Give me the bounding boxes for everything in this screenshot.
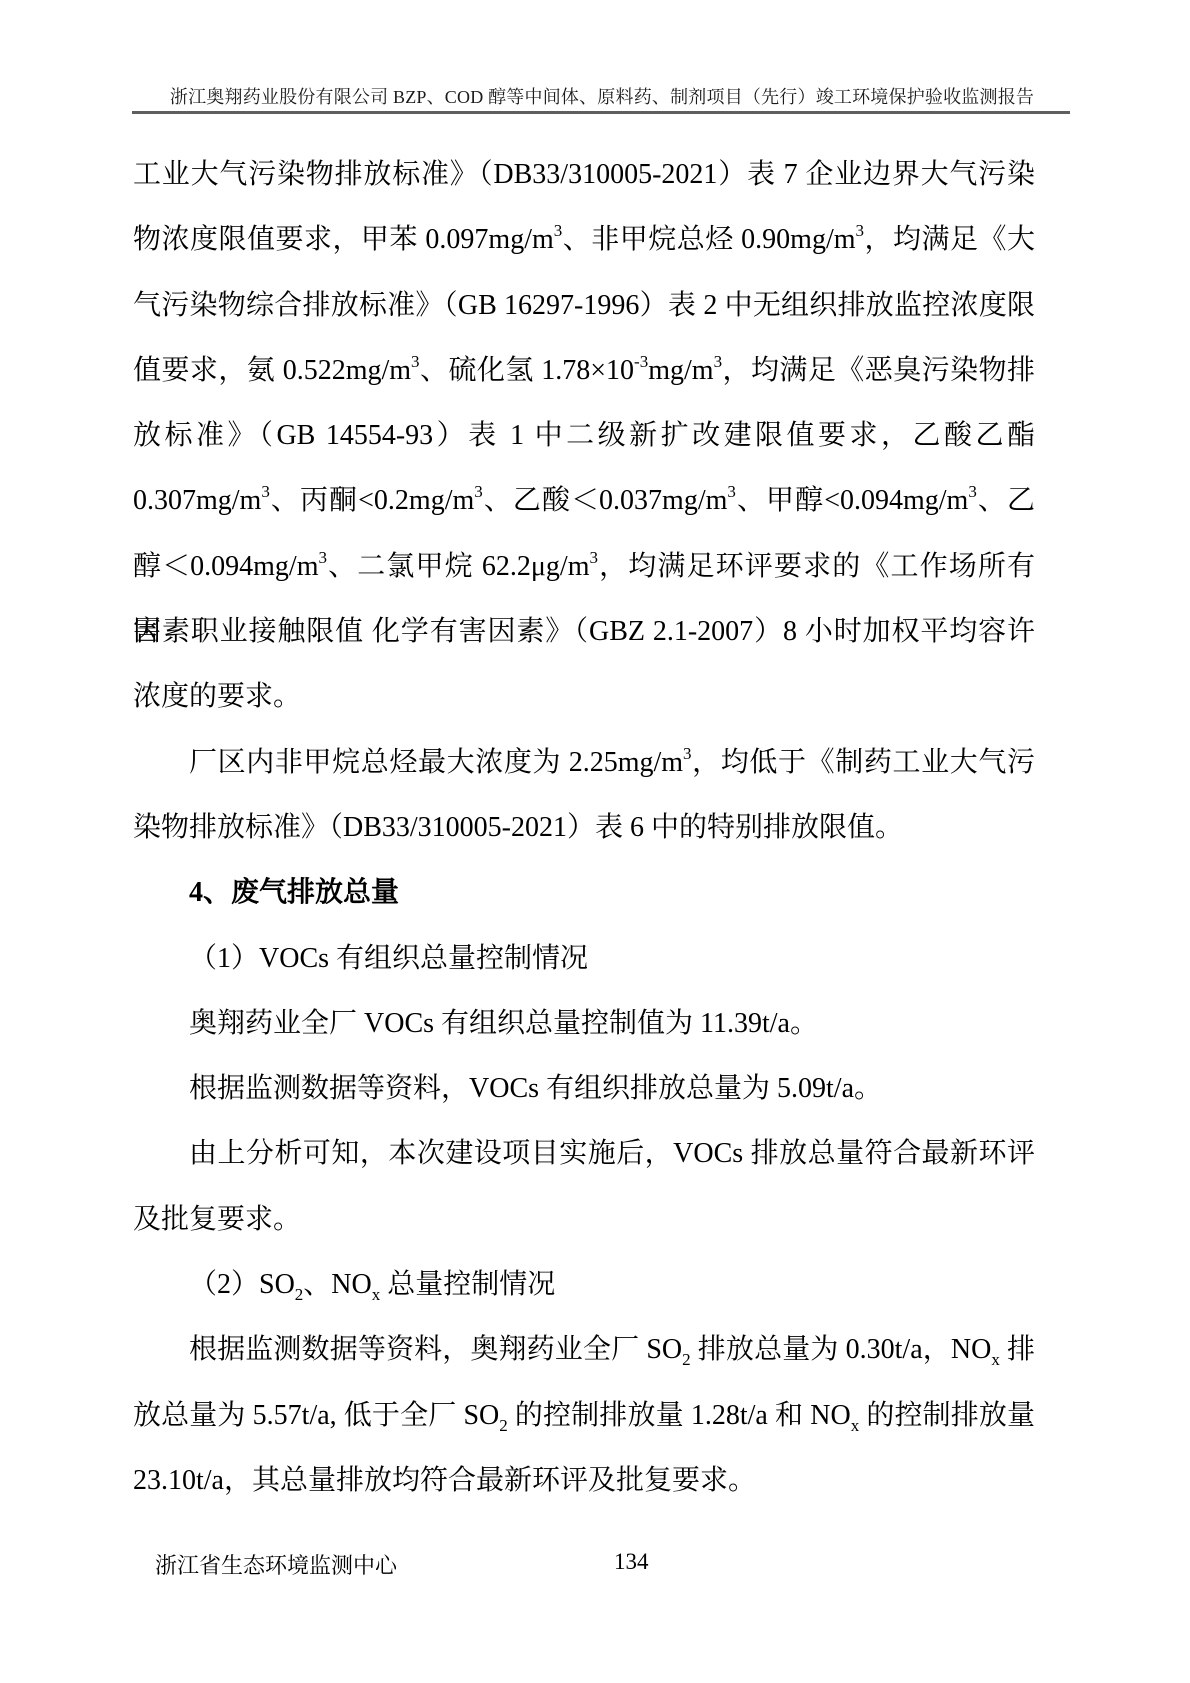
text-segment: 、NO bbox=[303, 1269, 371, 1300]
text-segment: 、丙酮<0.2mg/m bbox=[270, 485, 474, 516]
text-line-8: 因素职业接触限值 化学有害因素》（GBZ 2.1-2007）8 小时加权平均容许 bbox=[133, 599, 1035, 664]
text-segment: 放标准》（GB 14554-93）表 1 中二级新扩改建限值要求，乙酸乙酯 bbox=[133, 420, 1035, 451]
text-segment: 排放总量为 0.30t/a，NO bbox=[691, 1334, 992, 1365]
footer-page-number: 134 bbox=[614, 1549, 649, 1575]
superscript: 3 bbox=[590, 548, 599, 567]
superscript: 3 bbox=[318, 548, 327, 567]
subscript: x bbox=[372, 1285, 381, 1304]
text-line-1: 工业大气污染物排放标准》（DB33/310005-2021）表 7 企业边界大气… bbox=[133, 142, 1035, 207]
footer-organization: 浙江省生态环境监测中心 bbox=[155, 1549, 397, 1580]
superscript: 3 bbox=[261, 482, 270, 501]
text-segment: 因素职业接触限值 化学有害因素》（GBZ 2.1-2007）8 小时加权平均容许 bbox=[133, 616, 1035, 647]
text-segment: 醇＜0.094mg/m bbox=[133, 551, 318, 582]
text-line-5: 放标准》（GB 14554-93）表 1 中二级新扩改建限值要求，乙酸乙酯 bbox=[133, 403, 1035, 468]
text-segment: 及批复要求。 bbox=[133, 1204, 301, 1235]
text-line-15: 根据监测数据等资料，VOCs 有组织排放总量为 5.09t/a。 bbox=[133, 1056, 1035, 1121]
text-line-7: 醇＜0.094mg/m3、二氯甲烷 62.2μg/m3，均满足环评要求的《工作场… bbox=[133, 534, 1035, 599]
text-segment: 、硫化氢 1.78×10 bbox=[420, 355, 635, 386]
text-segment: 奥翔药业全厂 VOCs 有组织总量控制值为 11.39t/a。 bbox=[189, 1008, 818, 1039]
subscript: 2 bbox=[295, 1285, 304, 1304]
text-line-19: 根据监测数据等资料，奥翔药业全厂 SO2 排放总量为 0.30t/a，NOx 排 bbox=[133, 1317, 1035, 1382]
subscript: 2 bbox=[499, 1416, 508, 1435]
text-segment: 、二氯甲烷 62.2μg/m bbox=[327, 551, 590, 582]
subscript: 2 bbox=[682, 1350, 691, 1369]
text-segment: （2）SO bbox=[189, 1269, 295, 1300]
text-segment: 物浓度限值要求，甲苯 0.097mg/m bbox=[133, 224, 554, 255]
header-rule bbox=[132, 111, 1070, 114]
text-segment: 的控制排放量 1.28t/a 和 NO bbox=[508, 1400, 851, 1431]
text-line-17: 及批复要求。 bbox=[133, 1187, 1035, 1252]
text-segment: 厂区内非甲烷总烃最大浓度为 2.25mg/m bbox=[189, 747, 683, 778]
text-segment: 工业大气污染物排放标准》（DB33/310005-2021）表 7 企业边界大气… bbox=[133, 159, 1035, 190]
text-segment: 0.307mg/m bbox=[133, 485, 261, 516]
text-segment: 值要求，氨 0.522mg/m bbox=[133, 355, 411, 386]
superscript: 3 bbox=[968, 482, 977, 501]
text-line-3: 气污染物综合排放标准》（GB 16297-1996）表 2 中无组织排放监控浓度… bbox=[133, 273, 1035, 338]
text-line-20: 放总量为 5.57t/a, 低于全厂 SO2 的控制排放量 1.28t/a 和 … bbox=[133, 1383, 1035, 1448]
text-segment: 、乙 bbox=[977, 485, 1035, 516]
text-segment: 、非甲烷总烃 0.90mg/m bbox=[562, 224, 855, 255]
text-segment: 染物排放标准》（DB33/310005-2021）表 6 中的特别排放限值。 bbox=[133, 812, 903, 843]
document-body: 工业大气污染物排放标准》（DB33/310005-2021）表 7 企业边界大气… bbox=[133, 142, 1035, 1513]
subscript: x bbox=[991, 1350, 1000, 1369]
text-segment: 23.10t/a，其总量排放均符合最新环评及批复要求。 bbox=[133, 1465, 756, 1496]
text-segment: （1）VOCs 有组织总量控制情况 bbox=[189, 943, 588, 974]
text-segment: 排 bbox=[1000, 1334, 1035, 1365]
text-segment: 根据监测数据等资料，VOCs 有组织排放总量为 5.09t/a。 bbox=[189, 1073, 882, 1104]
text-line-2: 物浓度限值要求，甲苯 0.097mg/m3、非甲烷总烃 0.90mg/m3，均满… bbox=[133, 207, 1035, 272]
text-segment: ，均满足《恶臭污染物排 bbox=[722, 355, 1035, 386]
text-line-18: （2）SO2、NOx 总量控制情况 bbox=[133, 1252, 1035, 1317]
text-segment: 由上分析可知，本次建设项目实施后，VOCs 排放总量符合最新环评 bbox=[189, 1138, 1035, 1169]
text-segment: 放总量为 5.57t/a, 低于全厂 SO bbox=[133, 1400, 499, 1431]
text-line-11: 染物排放标准》（DB33/310005-2021）表 6 中的特别排放限值。 bbox=[133, 795, 1035, 860]
text-line-13: （1）VOCs 有组织总量控制情况 bbox=[133, 926, 1035, 991]
text-segment: 气污染物综合排放标准》（GB 16297-1996）表 2 中无组织排放监控浓度… bbox=[133, 290, 1035, 321]
text-segment: ，均满足《大 bbox=[864, 224, 1035, 255]
text-segment: 4、废气排放总量 bbox=[189, 877, 399, 908]
text-segment: 浓度的要求。 bbox=[133, 681, 301, 712]
text-line-4: 值要求，氨 0.522mg/m3、硫化氢 1.78×10-3mg/m3，均满足《… bbox=[133, 338, 1035, 403]
report-page: 浙江奥翔药业股份有限公司 BZP、COD 醇等中间体、原料药、制剂项目（先行）竣… bbox=[0, 0, 1190, 1683]
text-line-21: 23.10t/a，其总量排放均符合最新环评及批复要求。 bbox=[133, 1448, 1035, 1513]
page-footer: 浙江省生态环境监测中心 134 bbox=[133, 1549, 1071, 1579]
text-segment: 、乙酸＜0.037mg/m bbox=[483, 485, 728, 516]
superscript: 3 bbox=[554, 221, 563, 240]
text-line-10: 厂区内非甲烷总烃最大浓度为 2.25mg/m3，均低于《制药工业大气污 bbox=[133, 730, 1035, 795]
text-segment: 总量控制情况 bbox=[380, 1269, 555, 1300]
text-segment: ，均低于《制药工业大气污 bbox=[692, 747, 1035, 778]
text-line-12: 4、废气排放总量 bbox=[133, 860, 1035, 925]
superscript: 3 bbox=[856, 221, 865, 240]
text-segment: 根据监测数据等资料，奥翔药业全厂 SO bbox=[189, 1334, 682, 1365]
text-segment: 、甲醇<0.094mg/m bbox=[736, 485, 968, 516]
superscript: 3 bbox=[727, 482, 736, 501]
text-line-6: 0.307mg/m3、丙酮<0.2mg/m3、乙酸＜0.037mg/m3、甲醇<… bbox=[133, 468, 1035, 533]
superscript: 3 bbox=[474, 482, 483, 501]
text-line-16: 由上分析可知，本次建设项目实施后，VOCs 排放总量符合最新环评 bbox=[133, 1121, 1035, 1186]
superscript: 3 bbox=[411, 352, 420, 371]
superscript: 3 bbox=[683, 744, 692, 763]
text-segment: mg/m bbox=[648, 355, 713, 386]
subscript: x bbox=[851, 1416, 860, 1435]
text-line-14: 奥翔药业全厂 VOCs 有组织总量控制值为 11.39t/a。 bbox=[133, 991, 1035, 1056]
header-title: 浙江奥翔药业股份有限公司 BZP、COD 醇等中间体、原料药、制剂项目（先行）竣… bbox=[133, 83, 1071, 109]
superscript: -3 bbox=[634, 352, 648, 371]
text-line-9: 浓度的要求。 bbox=[133, 664, 1035, 729]
superscript: 3 bbox=[714, 352, 723, 371]
text-segment: 的控制排放量 bbox=[859, 1400, 1035, 1431]
